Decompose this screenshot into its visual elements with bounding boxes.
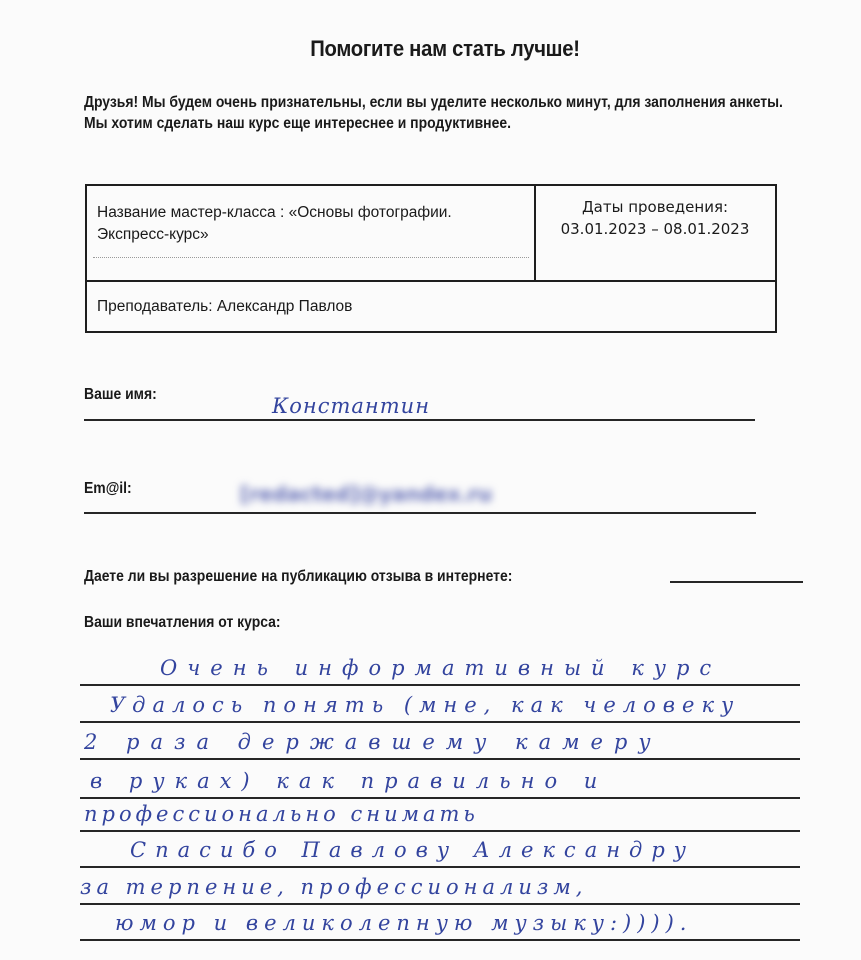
name-field-value[interactable]: Константин — [272, 394, 430, 418]
publish-permission-line — [670, 581, 803, 583]
impression-line-text: в руках) как правильно и — [90, 769, 607, 793]
impression-line-text: Удалось понять (мне, как человеку — [110, 693, 740, 717]
impression-line-text: юмор и великолепную музыку:)))). — [115, 911, 693, 935]
dotted-divider — [93, 257, 529, 258]
form-title: Помогите нам стать лучше! — [36, 36, 855, 62]
impression-line-text: Очень информативный курс — [160, 656, 721, 680]
publish-permission-label: Даете ли вы разрешение на публикацию отз… — [84, 568, 512, 586]
name-label: Ваше имя: — [84, 386, 157, 404]
impression-ruled-line — [80, 721, 800, 723]
dates-value: 03.01.2023 – 08.01.2023 — [537, 218, 773, 240]
impression-ruled-line — [80, 684, 800, 686]
email-field-value[interactable]: [redacted]@yandex.ru — [240, 482, 492, 506]
impression-line-text: за терпение, профессионализм, — [80, 875, 587, 899]
email-field-line — [84, 512, 756, 514]
impression-ruled-line — [80, 830, 800, 832]
table-vertical-divider — [534, 186, 536, 281]
impressions-label: Ваши впечатления от курса: — [84, 614, 281, 632]
email-label: Em@il: — [84, 480, 132, 498]
dates-label: Даты проведения: — [537, 196, 773, 218]
impression-ruled-line — [80, 797, 800, 799]
impression-line-text: Спасибо Павлову Александру — [130, 838, 695, 862]
impression-ruled-line — [80, 758, 800, 760]
course-dates: Даты проведения: 03.01.2023 – 08.01.2023 — [537, 196, 773, 240]
table-horizontal-divider — [87, 280, 775, 282]
impression-line-text: профессионально снимать — [84, 802, 479, 826]
impression-ruled-line — [80, 866, 800, 868]
course-name: Название мастер-класса : «Основы фотогра… — [97, 202, 517, 246]
impression-ruled-line — [80, 939, 800, 941]
course-info-table: Название мастер-класса : «Основы фотогра… — [85, 184, 777, 333]
impression-ruled-line — [80, 903, 800, 905]
intro-text: Друзья! Мы будем очень признательны, есл… — [84, 92, 786, 134]
teacher-name: Преподаватель: Александр Павлов — [97, 298, 352, 316]
publish-permission-value[interactable] — [672, 566, 802, 582]
impression-line-text: 2 раза державшему камеру — [84, 730, 662, 754]
name-field-line — [84, 419, 755, 421]
